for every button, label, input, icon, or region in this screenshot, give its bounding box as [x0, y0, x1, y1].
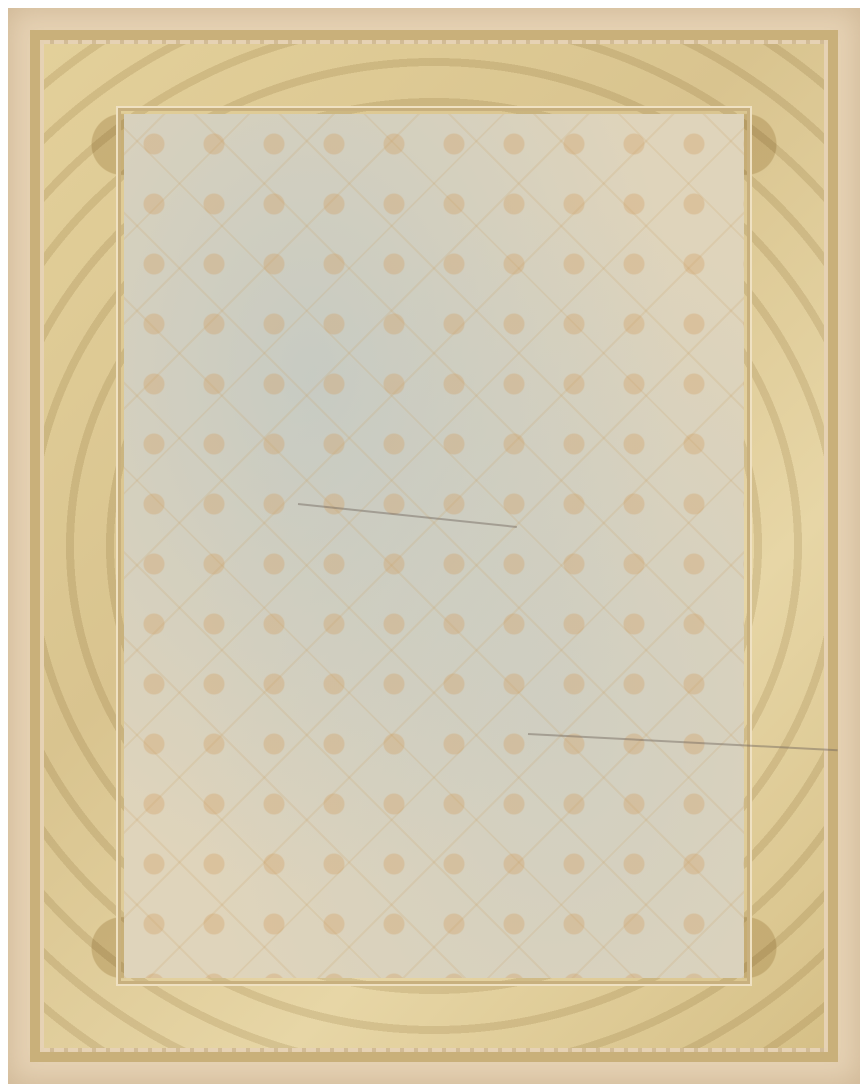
- central-field: [124, 114, 744, 978]
- field-pattern: [124, 114, 744, 978]
- rug: [8, 8, 860, 1084]
